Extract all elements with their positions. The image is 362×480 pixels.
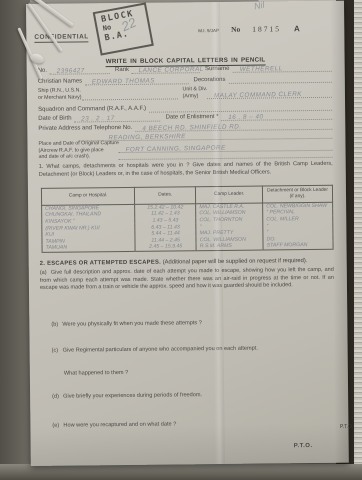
number-symbol: No	[231, 25, 240, 34]
pto-label: P.T.O.	[294, 443, 313, 449]
header-detachment-leader: Detachment or Block Leader (if any).	[263, 185, 333, 202]
question-2c-text: Give Regimental particulars of anyone wh…	[63, 346, 258, 354]
question-2a-text: Give full description and approx. date o…	[40, 267, 334, 291]
header-dates: Dates.	[135, 187, 196, 204]
question-2a: (a)Give full description and approx. dat…	[40, 267, 334, 293]
question-1-text: 1. What camps, detachments or hospitals …	[39, 161, 333, 179]
field-label-rank: Rank	[115, 67, 132, 74]
form-reference-row: M.I. 9/JAP No 18715 A	[198, 24, 300, 34]
pto-label-page-behind: P.T.O.	[340, 424, 353, 430]
row-ship-unit: Ship (R.N., U.S.N. or Merchant Navy) Uni…	[38, 85, 332, 101]
question-2b: (b)Were you physically fit when you made…	[51, 319, 334, 328]
background-left-edge	[0, 0, 30, 480]
block-number-stamp: BLOCK No B.A. 22	[93, 2, 154, 55]
field-value-unit: MALAY COMMAND CLERK	[207, 89, 332, 99]
field-value-rank: LANCE CORPORAL	[132, 64, 200, 74]
cell-camp: TAMUAN	[42, 244, 135, 252]
question-2d-text: Give briefly your experiences during per…	[63, 392, 202, 399]
question-2e: (e)How were you recaptured and on what d…	[52, 420, 335, 429]
field-value-capture: FORT CANNING, SINGAPORE	[119, 149, 333, 152]
cell-block-leader: COL. NEWBIGGIN SHAW	[263, 202, 333, 210]
question-2e-label: (e)	[52, 423, 63, 429]
camps-table: Camp or Hospital. Dates. Camp Leader. De…	[41, 185, 334, 253]
question-2c-followup: What happened to them ?	[64, 368, 335, 377]
field-label-decorations: Decorations	[193, 77, 228, 84]
serial-number: 18715	[252, 24, 281, 33]
question-2b-label: (b)	[51, 322, 62, 328]
field-value-enlistment: 16 . 8 – 40	[222, 111, 333, 121]
form-page: BLOCK No B.A. 22 CONFIDENTIAL M.I. 9/JAP…	[26, 1, 349, 466]
pencil-note-nil: Nil	[253, 0, 265, 11]
background-bottom-edge	[0, 464, 362, 480]
field-value-capture-blank	[119, 156, 333, 159]
row-no-rank-surname: No. 2396427 Rank LANCE CORPORAL Surname …	[38, 63, 332, 75]
question-2c: (c)Give Regimental particulars of anyone…	[52, 345, 335, 354]
page-edges-right	[354, 0, 362, 480]
field-label-capture: Place and Date of Original Capture (Airc…	[38, 140, 119, 160]
field-value-christian-names: EDWARD THOMAS	[85, 75, 188, 85]
scanned-pow-form-photo: P.T.O. BLOCK No B.A. 22 CONFIDENTIAL M.I…	[0, 0, 362, 480]
section-2-heading: 2. ESCAPES OR ATTEMPTED ESCAPES. (Additi…	[40, 258, 334, 267]
field-label-surname: Surname	[205, 66, 232, 73]
field-value-surname: WETHERELL	[232, 63, 331, 73]
section-2-title: 2. ESCAPES OR ATTEMPTED ESCAPES.	[40, 260, 161, 267]
field-value-decorations	[228, 74, 331, 84]
field-value-no: 2396427	[50, 65, 110, 75]
question-2c-label: (c)	[52, 348, 63, 354]
question-2d: (d)Give briefly your experiences during …	[52, 391, 335, 400]
field-label-enlistment: Date of Enlistment *	[166, 114, 222, 121]
header-camp-or-hospital: Camp or Hospital.	[41, 187, 134, 204]
field-label-christian-names: Christian Names	[38, 79, 85, 86]
header-camp-leader: Camp Leader.	[196, 186, 263, 203]
cell-block-leader: STAFF MORGAN	[263, 242, 333, 250]
field-value-ship	[81, 91, 177, 101]
section-2-note: (Additional paper will be supplied on re…	[163, 258, 308, 266]
confidential-marking: CONFIDENTIAL	[34, 33, 88, 43]
field-value-dob: 23 . 2 . 17	[75, 113, 161, 123]
question-2e-text: How were you recaptured and on what date…	[63, 421, 176, 428]
cell-leader: R.S.M. ARMS	[196, 243, 263, 251]
question-2b-text: Were you physically fit when you made th…	[62, 320, 202, 327]
form-reference: M.I. 9/JAP	[198, 28, 219, 33]
question-2a-label: (a)	[40, 270, 51, 278]
cell-dates: 2.45 – 15.9.45	[135, 243, 196, 251]
field-label-dob: Date of Birth	[38, 116, 74, 123]
row-christian-decorations: Christian Names EDWARD THOMAS Decoration…	[38, 74, 332, 86]
question-2d-label: (d)	[52, 394, 63, 400]
row-capture: Place and Date of Original Capture (Airc…	[38, 138, 332, 161]
series-letter: A	[294, 24, 300, 33]
field-label-ship: Ship (R.N., U.S.N. or Merchant Navy)	[38, 87, 82, 101]
field-value-capture-lines: FORT CANNING, SINGAPORE	[119, 149, 333, 159]
field-label-unit: Unit & Div. (Army)	[182, 86, 207, 99]
